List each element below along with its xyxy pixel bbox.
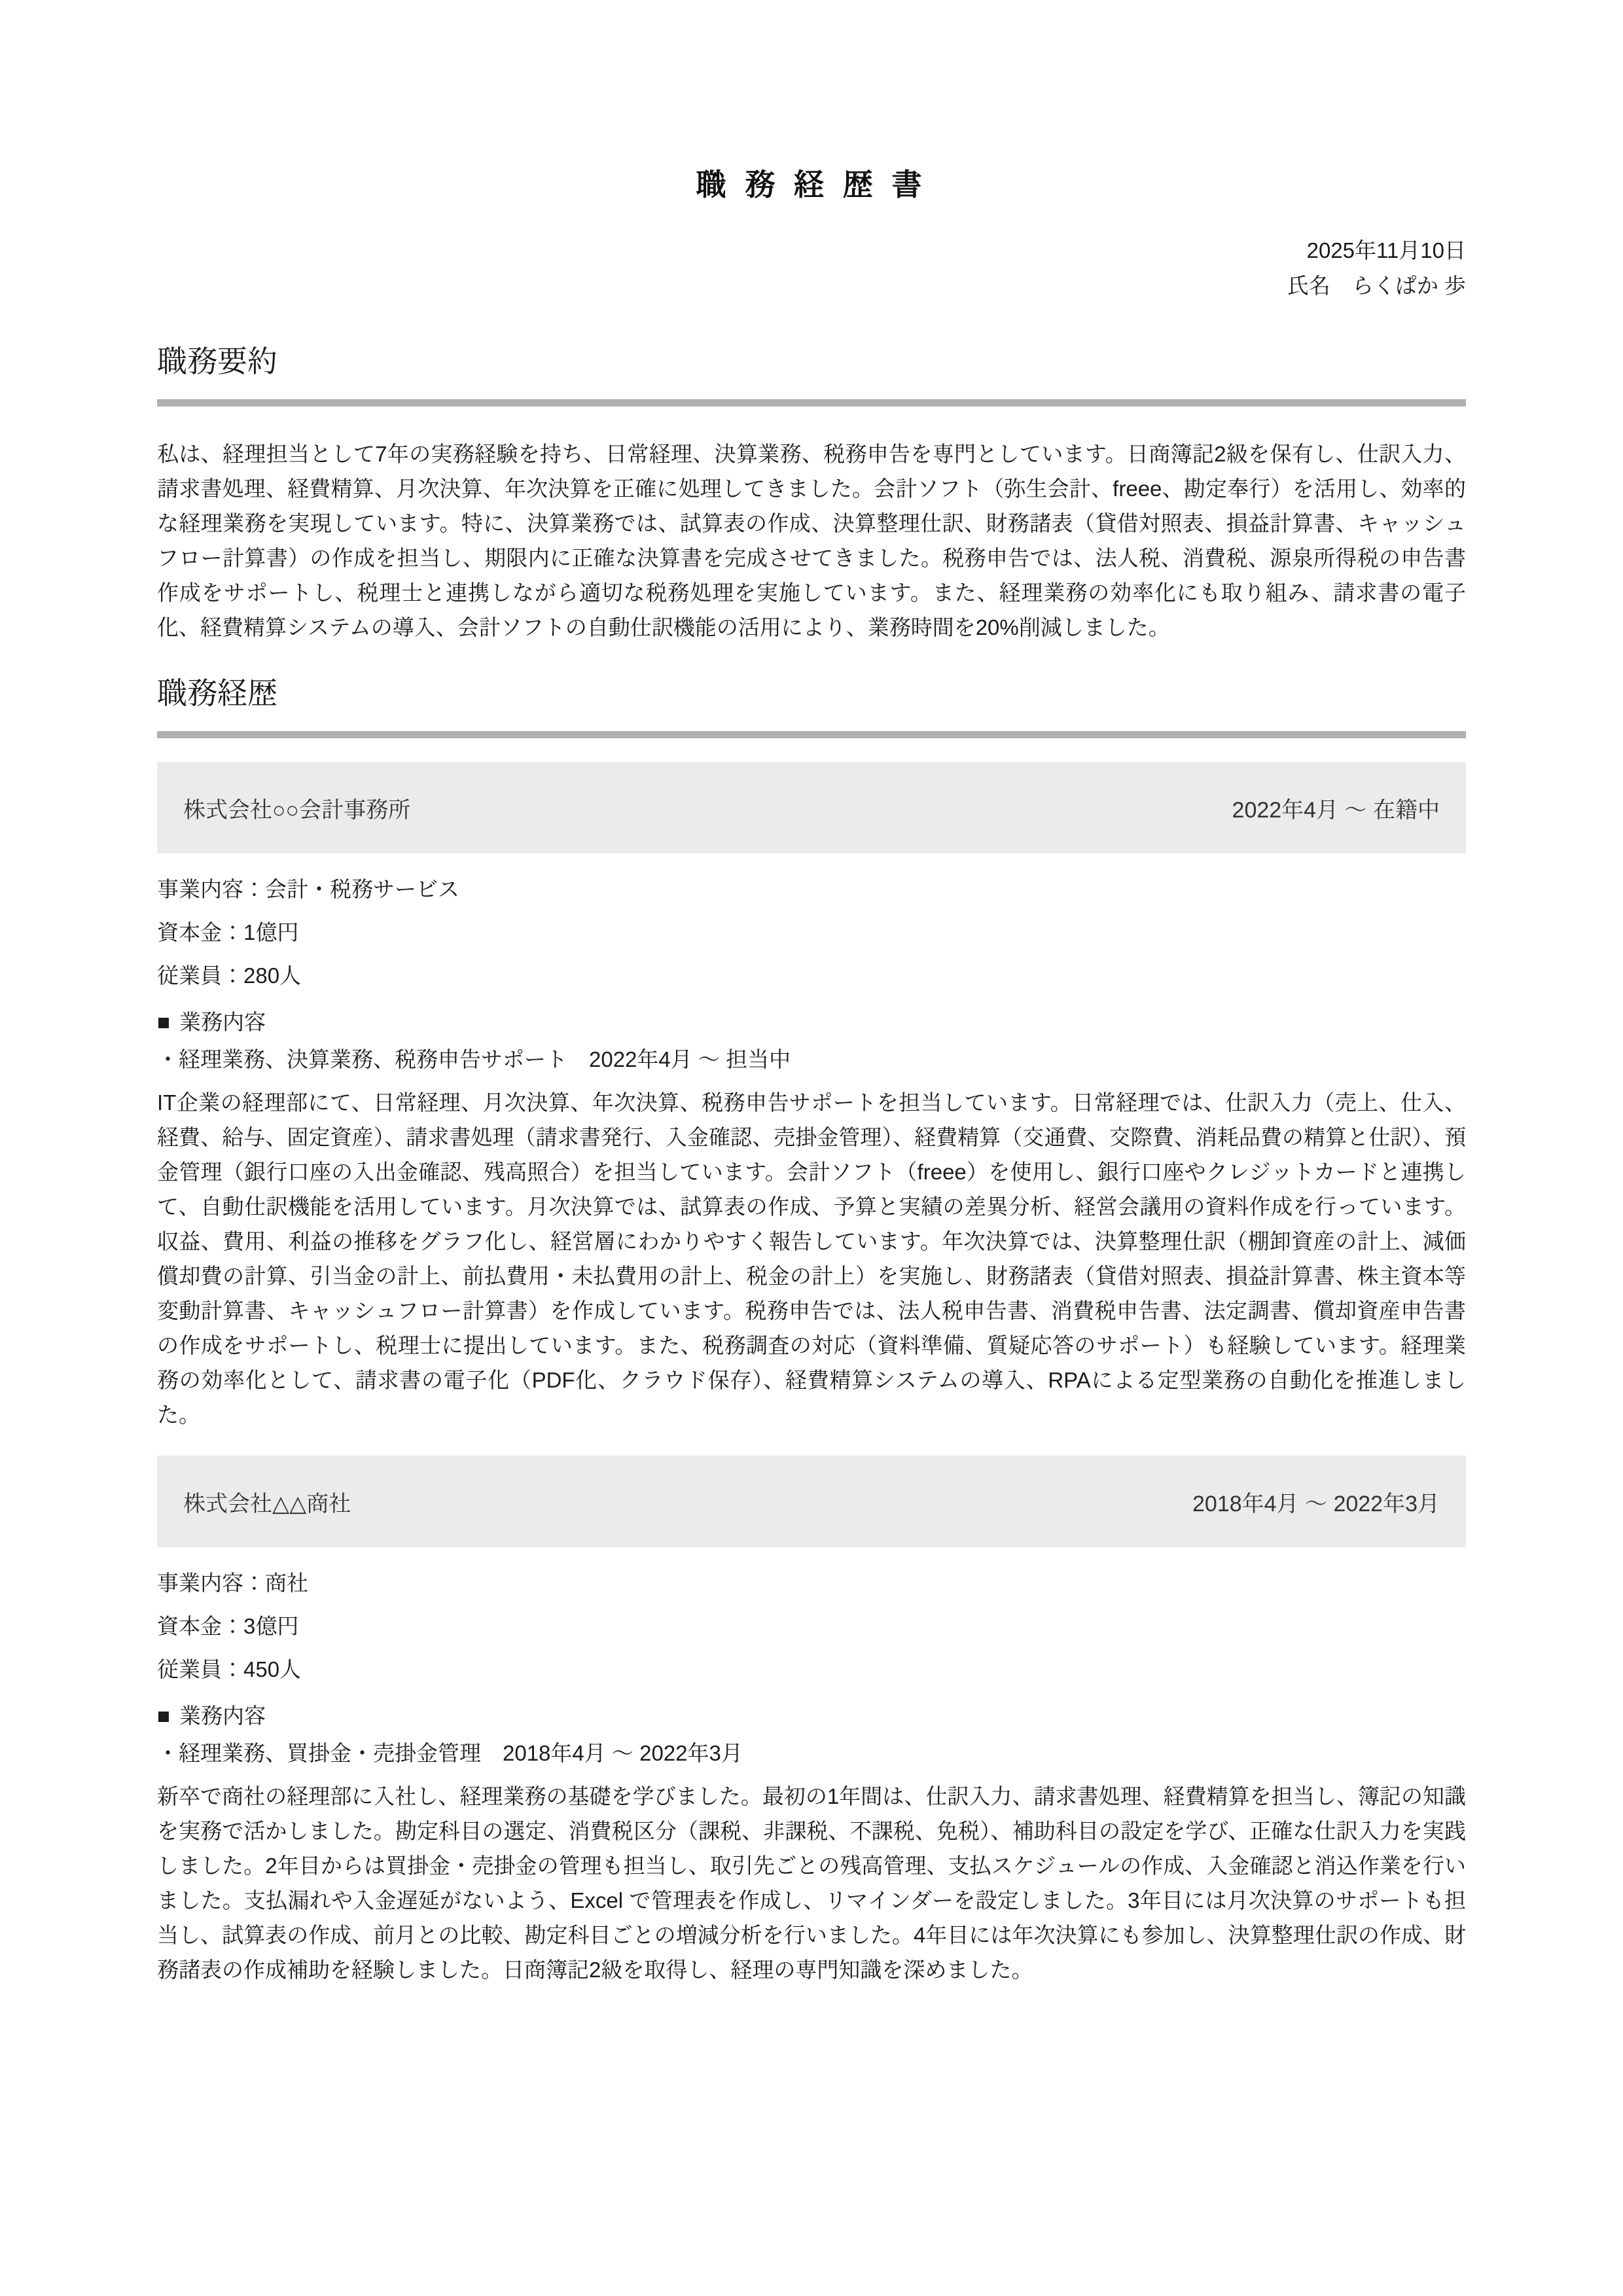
company-description-1: IT企業の経理部にて、日常経理、月次決算、年次決算、税務申告サポートを担当してい… <box>157 1085 1466 1432</box>
company-name: 株式会社△△商社 <box>183 1486 351 1518</box>
company-period: 2022年4月 〜 在籍中 <box>1232 792 1440 824</box>
document-content: 職 務 経 歴 書 2025年11月10日 氏名 らくぱか 歩 職務要約 私は、… <box>0 0 1623 1987</box>
summary-section-heading: 職務要約 <box>157 343 1466 380</box>
company-capital: 資本金：1億円 <box>157 919 1466 946</box>
company-business: 事業内容：会計・税務サービス <box>157 876 1466 903</box>
applicant-name: 氏名 らくぱか 歩 <box>157 268 1466 304</box>
summary-heading-divider <box>157 399 1466 406</box>
resume-document: 職 務 経 歴 書 2025年11月10日 氏名 らくぱか 歩 職務要約 私は、… <box>0 0 1623 2296</box>
document-meta: 2025年11月10日 氏名 らくぱか 歩 <box>157 233 1466 304</box>
duties-role-2: ・経理業務、買掛金・売掛金管理 2018年4月 〜 2022年3月 <box>157 1737 1466 1770</box>
square-bullet-icon: ■ <box>157 1008 170 1037</box>
company-period: 2018年4月 〜 2022年3月 <box>1192 1486 1440 1518</box>
company-employees: 従業員：450人 <box>157 1656 1466 1683</box>
duties-role-1: ・経理業務、決算業務、税務申告サポート 2022年4月 〜 担当中 <box>157 1043 1466 1076</box>
duties-heading-label: 業務内容 <box>179 1010 266 1034</box>
company-capital: 資本金：3億円 <box>157 1613 1466 1640</box>
company-employees: 従業員：280人 <box>157 962 1466 990</box>
square-bullet-icon: ■ <box>157 1702 170 1731</box>
company-business: 事業内容：商社 <box>157 1570 1466 1597</box>
company-header-2: 株式会社△△商社 2018年4月 〜 2022年3月 <box>157 1456 1466 1547</box>
duties-heading-label: 業務内容 <box>179 1704 266 1728</box>
company-name: 株式会社○○会計事務所 <box>183 792 410 824</box>
company-details-1: 事業内容：会計・税務サービス 資本金：1億円 従業員：280人 ■業務内容 ・経… <box>157 876 1466 1432</box>
duties-heading-2: ■業務内容 <box>157 1702 1466 1731</box>
company-header-1: 株式会社○○会計事務所 2022年4月 〜 在籍中 <box>157 762 1466 853</box>
document-title: 職 務 経 歴 書 <box>157 0 1466 204</box>
history-section-heading: 職務経歴 <box>157 675 1466 711</box>
history-heading-divider <box>157 731 1466 738</box>
summary-paragraph: 私は、経理担当として7年の実務経験を持ち、日常経理、決算業務、税務申告を専門とし… <box>157 437 1466 645</box>
company-details-2: 事業内容：商社 資本金：3億円 従業員：450人 ■業務内容 ・経理業務、買掛金… <box>157 1570 1466 1987</box>
company-description-2: 新卒で商社の経理部に入社し、経理業務の基礎を学びました。最初の1年間は、仕訳入力… <box>157 1779 1466 1987</box>
document-date: 2025年11月10日 <box>157 233 1466 268</box>
duties-heading-1: ■業務内容 <box>157 1008 1466 1037</box>
